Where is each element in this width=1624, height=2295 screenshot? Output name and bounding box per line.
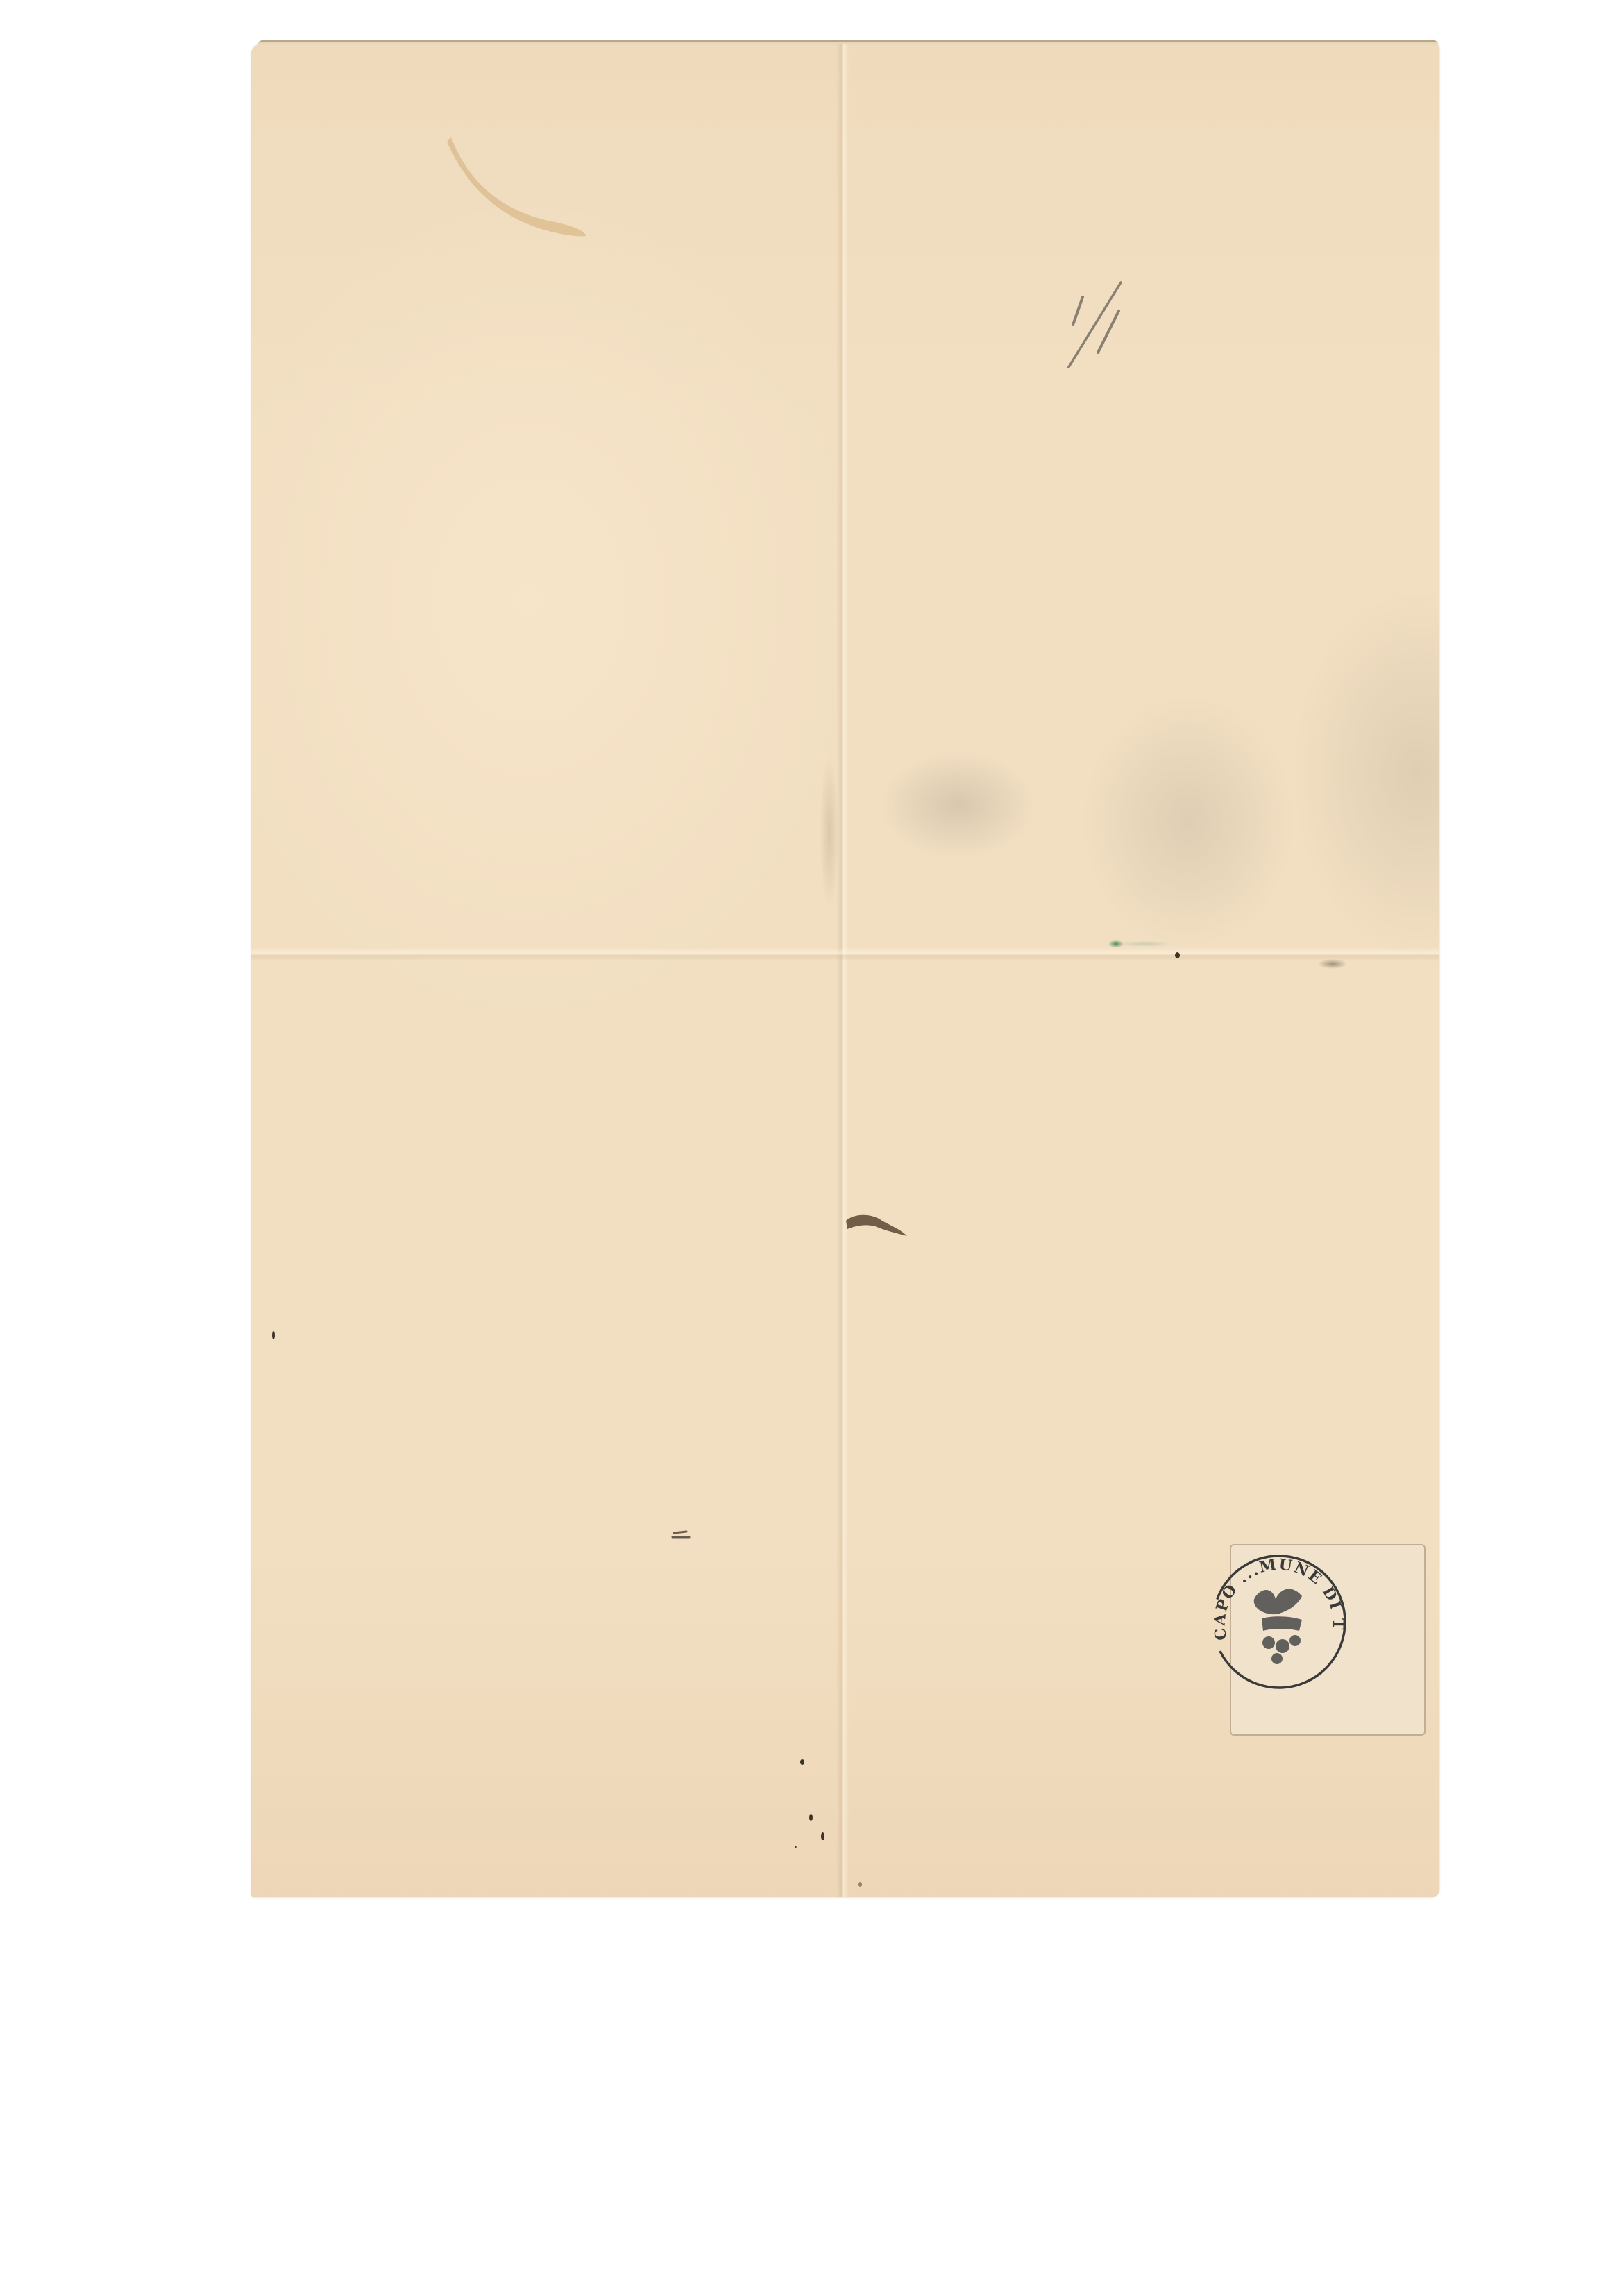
handwritten-annotation: 1/1 bbox=[1062, 271, 1145, 368]
ink-speck bbox=[800, 1759, 804, 1765]
ink-speck bbox=[795, 1846, 797, 1848]
gray-offset-smudge bbox=[840, 645, 1048, 909]
edge-mark bbox=[272, 1331, 275, 1339]
ink-speck bbox=[821, 1832, 824, 1840]
ink-blot bbox=[843, 1211, 909, 1242]
ink-dot bbox=[1175, 952, 1180, 958]
water-stain bbox=[444, 132, 611, 243]
ink-smudge bbox=[1308, 954, 1357, 974]
ink-speck bbox=[858, 1882, 862, 1887]
official-circular-stamp: CAPO ...MUNE DI TREVA bbox=[1206, 1549, 1352, 1695]
green-ink-mark bbox=[1103, 937, 1173, 951]
ink-speck bbox=[809, 1814, 813, 1821]
pencil-mark bbox=[670, 1529, 697, 1543]
